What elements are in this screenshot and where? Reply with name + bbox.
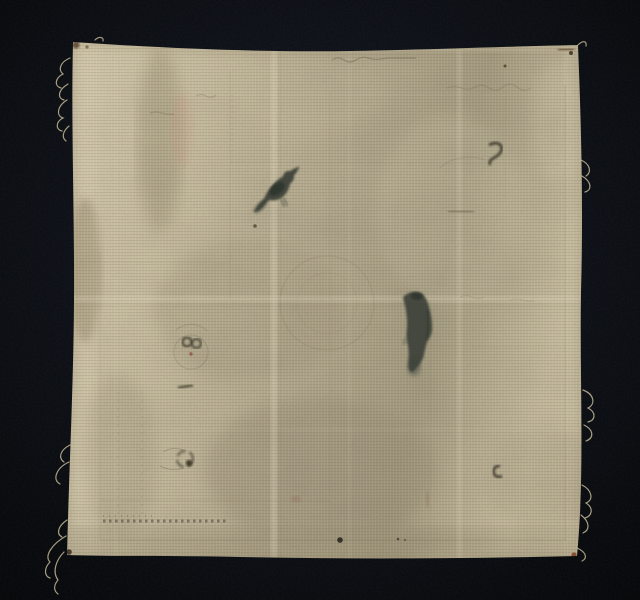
artifact-photo [0,0,640,600]
artifact-photo-canvas [0,0,640,600]
dark-scratch [448,211,474,212]
ink-dot [337,537,343,543]
red-dot [189,352,192,355]
lower-bird-head [411,292,423,300]
cloth [55,30,605,570]
